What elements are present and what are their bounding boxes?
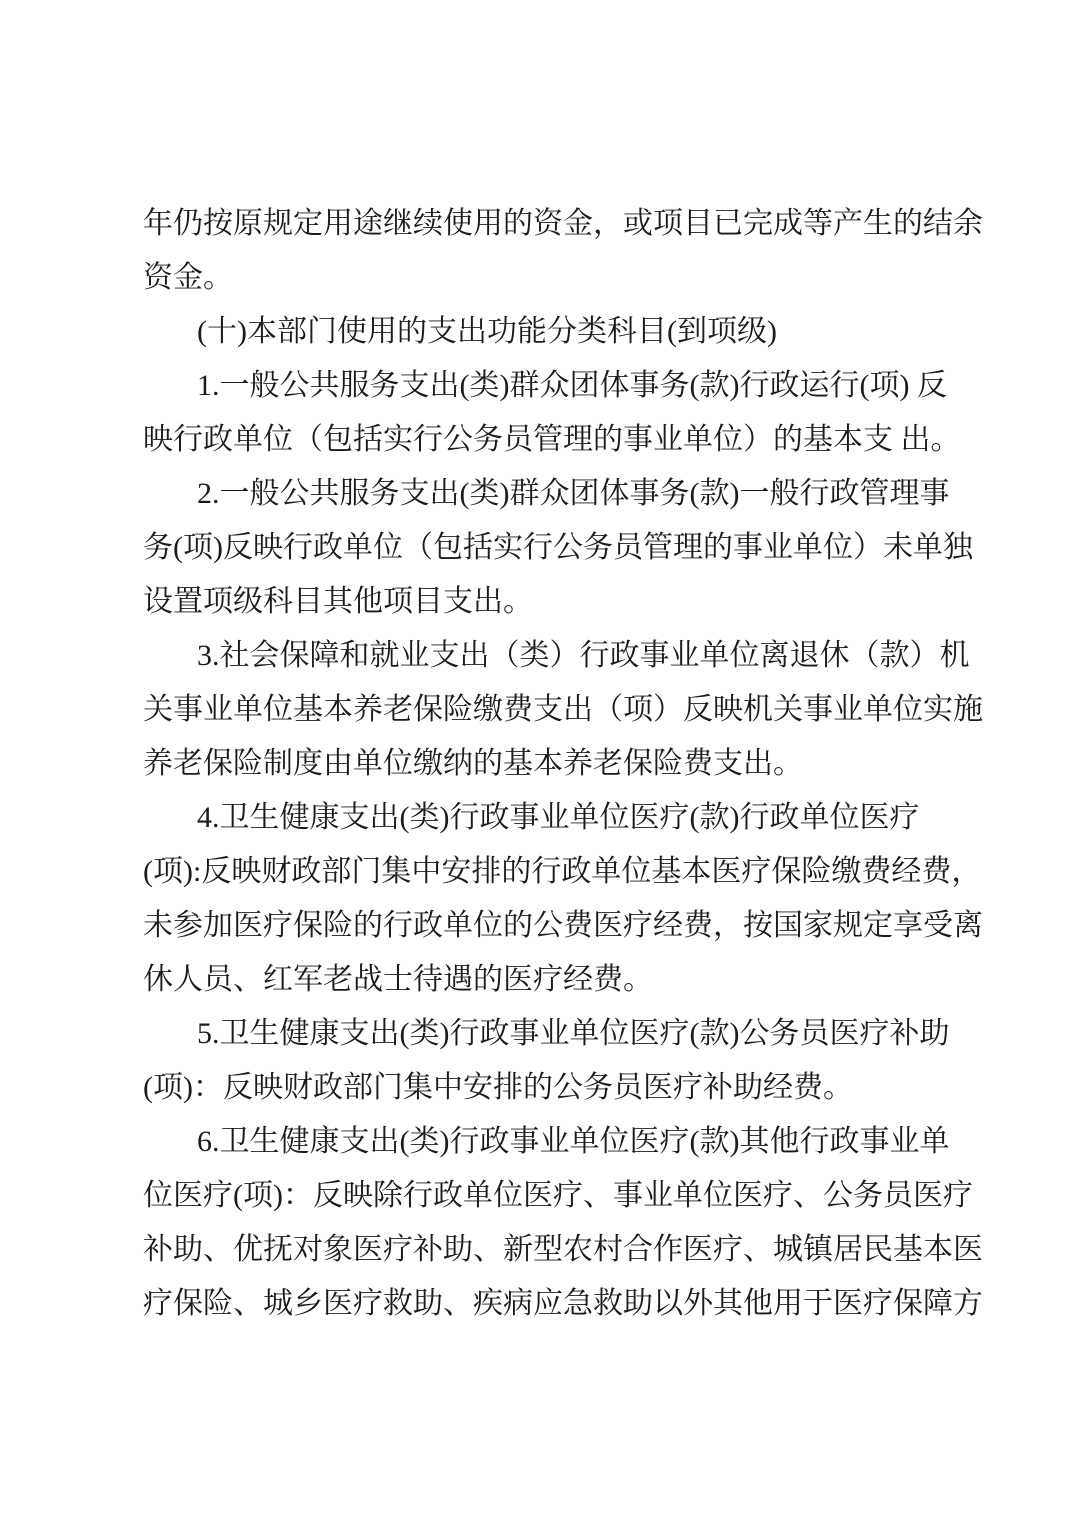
text-line-4: 1.一般公共服务支出(类)群众团体事务(款)行政运行(项) 反: [143, 359, 943, 413]
text-line-5: 映行政单位（包括实行公务员管理的事业单位）的基本支 出。: [143, 413, 943, 467]
text-line-7: 务(项)反映行政单位（包括实行公务员管理的事业单位）未单独: [143, 521, 943, 575]
text-line-6: 2.一般公共服务支出(类)群众团体事务(款)一般行政管理事: [143, 467, 943, 521]
text-line-1: 年仍按原规定用途继续使用的资金，或项目已完成等产生的结余: [143, 197, 943, 251]
text-line-15: 休人员、红军老战士待遇的医疗经费。: [143, 953, 943, 1007]
document-body: 年仍按原规定用途继续使用的资金，或项目已完成等产生的结余资金。(十)本部门使用的…: [143, 197, 943, 1331]
text-line-10: 关事业单位基本养老保险缴费支出（项）反映机关事业单位实施: [143, 683, 943, 737]
text-line-20: 补助、优抚对象医疗补助、新型农村合作医疗、城镇居民基本医: [143, 1223, 943, 1277]
text-line-21: 疗保险、城乡医疗救助、疾病应急救助以外其他用于医疗保障方: [143, 1277, 943, 1331]
text-line-19: 位医疗(项)：反映除行政单位医疗、事业单位医疗、公务员医疗: [143, 1169, 943, 1223]
text-line-14: 未参加医疗保险的行政单位的公费医疗经费，按国家规定享受离: [143, 899, 943, 953]
text-line-9: 3.社会保障和就业支出（类）行政事业单位离退休（款）机: [143, 629, 943, 683]
document-page: 年仍按原规定用途继续使用的资金，或项目已完成等产生的结余资金。(十)本部门使用的…: [0, 0, 1074, 1520]
text-line-3: (十)本部门使用的支出功能分类科目(到项级): [143, 305, 943, 359]
text-line-16: 5.卫生健康支出(类)行政事业单位医疗(款)公务员医疗补助: [143, 1007, 943, 1061]
text-line-18: 6.卫生健康支出(类)行政事业单位医疗(款)其他行政事业单: [143, 1115, 943, 1169]
text-line-11: 养老保险制度由单位缴纳的基本养老保险费支出。: [143, 737, 943, 791]
text-line-8: 设置项级科目其他项目支出。: [143, 575, 943, 629]
text-line-13: (项):反映财政部门集中安排的行政单位基本医疗保险缴费经费，: [143, 845, 943, 899]
text-line-2: 资金。: [143, 251, 943, 305]
text-line-17: (项)：反映财政部门集中安排的公务员医疗补助经费。: [143, 1061, 943, 1115]
text-line-12: 4.卫生健康支出(类)行政事业单位医疗(款)行政单位医疗: [143, 791, 943, 845]
